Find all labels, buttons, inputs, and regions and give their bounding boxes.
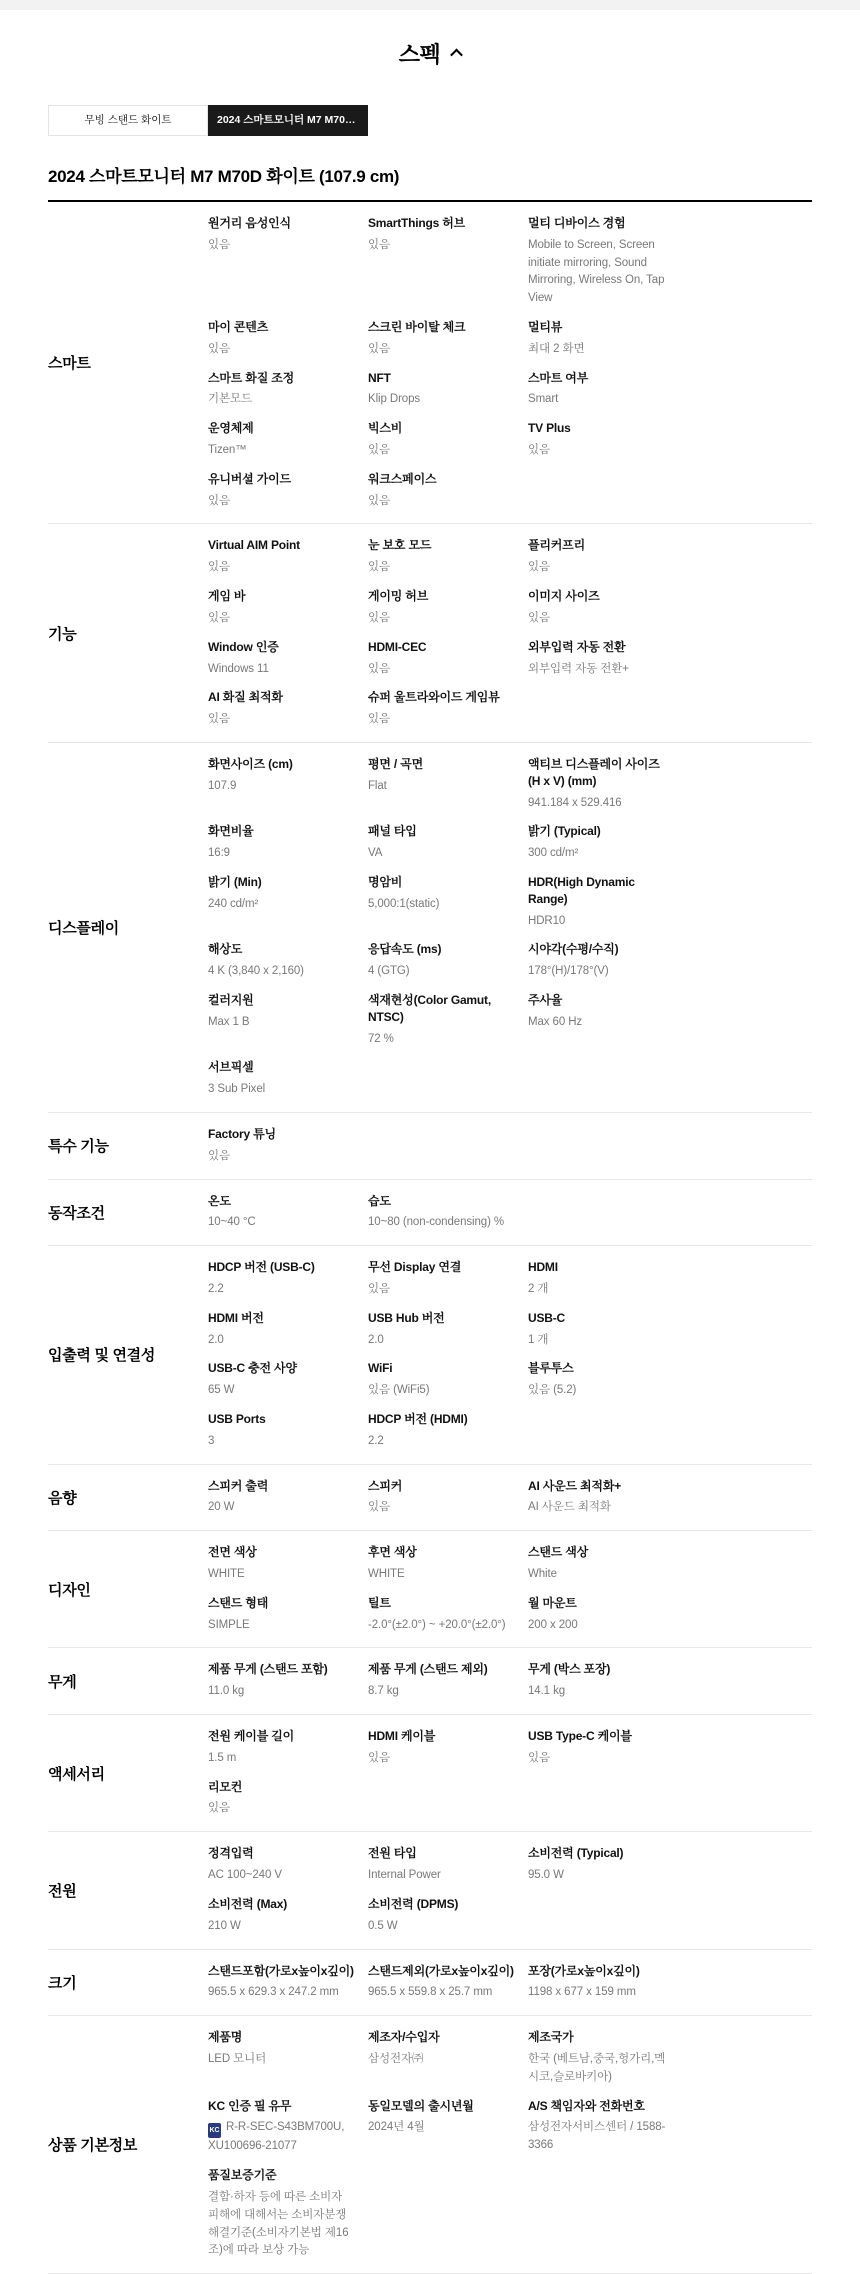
spec-cell-label: HDMI 케이블	[368, 1728, 514, 1745]
spec-cell-value: 10~80 (non-condensing) %	[368, 1214, 514, 1232]
spec-cell: 서브픽셀3 Sub Pixel	[208, 1059, 368, 1099]
spec-row: HDCP 버전 (USB-C)2.2무선 Display 연결있음HDMI2 개	[208, 1259, 812, 1299]
spec-cell: 소비전력 (DPMS)0.5 W	[368, 1896, 528, 1936]
spec-cell-value: 있음	[368, 493, 514, 511]
spec-cell: 눈 보호 모드있음	[368, 537, 528, 577]
spec-row: 제품명LED 모니터제조자/수입자삼성전자㈜제조국가한국 (베트남,중국,헝가리…	[208, 2029, 812, 2086]
spec-section: 상품 기본정보제품명LED 모니터제조자/수입자삼성전자㈜제조국가한국 (베트남…	[48, 2016, 812, 2274]
spec-cell: 전면 색상WHITE	[208, 1544, 368, 1584]
spec-section-title: 음향	[48, 1478, 208, 1518]
spec-cell-value: 있음	[368, 442, 514, 460]
spec-cell: USB Hub 버전2.0	[368, 1310, 528, 1350]
spec-cell-value: 외부입력 자동 전환+	[528, 661, 674, 679]
spec-cell-value: Flat	[368, 778, 514, 796]
spec-cell-value: Internal Power	[368, 1867, 514, 1885]
spec-cell: 월 마운트200 x 200	[528, 1595, 688, 1635]
spec-cell-label: 리모컨	[208, 1779, 354, 1796]
spec-cell: 멀티뷰최대 2 화면	[528, 319, 688, 359]
spec-section-rows: HDCP 버전 (USB-C)2.2무선 Display 연결있음HDMI2 개…	[208, 1259, 812, 1450]
spec-cell-label: AI 화질 최적화	[208, 689, 354, 706]
spec-section-title: 특수 기능	[48, 1126, 208, 1166]
spec-cell-label: 슈퍼 울트라와이드 게임뷰	[368, 689, 514, 706]
spec-cell-value: 5,000:1(static)	[368, 896, 514, 914]
spec-cell-value: 있음	[208, 237, 354, 255]
spec-cell: 습도10~80 (non-condensing) %	[368, 1193, 528, 1233]
spec-cell: USB Ports3	[208, 1411, 368, 1451]
spec-cell-label: 소비전력 (DPMS)	[368, 1896, 514, 1913]
spec-cell: 밝기 (Min)240 cd/m²	[208, 874, 368, 930]
spec-cell: 스탠드 색상White	[528, 1544, 688, 1584]
spec-cell-label: 빅스비	[368, 420, 514, 437]
spec-cell-label: KC 인증 필 유무	[208, 2098, 354, 2115]
spec-cell: HDMI 버전2.0	[208, 1310, 368, 1350]
spec-cell: 전원 타입Internal Power	[368, 1845, 528, 1885]
spec-cell: HDMI-CEC있음	[368, 639, 528, 679]
spec-cell-value: SIMPLE	[208, 1617, 354, 1635]
spec-cell-value: Windows 11	[208, 661, 354, 679]
spec-section-rows: 온도10~40 °C습도10~80 (non-condensing) %	[208, 1193, 812, 1233]
spec-section: 기능Virtual AIM Point있음눈 보호 모드있음플리커프리있음게임 …	[48, 524, 812, 742]
spec-cell-label: HDCP 버전 (HDMI)	[368, 1411, 514, 1428]
spec-cell-label: 제품 무게 (스탠드 포함)	[208, 1661, 354, 1678]
spec-cell-label: 포장(가로x높이x깊이)	[528, 1963, 674, 1980]
spec-row: 스마트 화질 조정기본모드NFTKlip Drops스마트 여부Smart	[208, 370, 812, 410]
spec-section-title: 액세서리	[48, 1728, 208, 1818]
kc-mark-icon: KC	[208, 2123, 221, 2138]
spec-section-title: 크기	[48, 1963, 208, 2003]
spec-cell-label: USB-C 충전 사양	[208, 1360, 354, 1377]
spec-cell-label: 스마트 여부	[528, 370, 674, 387]
spec-cell-value: 있음	[368, 661, 514, 679]
chevron-up-icon[interactable]	[450, 49, 463, 62]
spec-cell: 패널 타입VA	[368, 823, 528, 863]
spec-cell-value: 2.0	[208, 1332, 354, 1350]
spec-cell-label: 스마트 화질 조정	[208, 370, 354, 387]
spec-cell-label: 동일모델의 출시년월	[368, 2098, 514, 2115]
spec-cell-value: 16:9	[208, 845, 354, 863]
spec-cell-label: 외부입력 자동 전환	[528, 639, 674, 656]
spec-table: 스마트원거리 음성인식있음SmartThings 허브있음멀티 디바이스 경험M…	[48, 202, 812, 2274]
spec-cell-value: 결함·하자 등에 따른 소비자 피해에 대해서는 소비자분쟁해결기준(소비자기본…	[208, 2189, 354, 2260]
spec-cell: 온도10~40 °C	[208, 1193, 368, 1233]
spec-cell-label: 화면비율	[208, 823, 354, 840]
spec-cell-label: 운영체제	[208, 420, 354, 437]
spec-cell-value: WHITE	[208, 1566, 354, 1584]
spec-cell: Factory 튜닝있음	[208, 1126, 368, 1166]
spec-section-rows: Factory 튜닝있음	[208, 1126, 812, 1166]
spec-row: 화면비율16:9패널 타입VA밝기 (Typical)300 cd/m²	[208, 823, 812, 863]
spec-cell-label: 온도	[208, 1193, 354, 1210]
spec-cell-value: 10~40 °C	[208, 1214, 354, 1232]
spec-cell-label: 정격입력	[208, 1845, 354, 1862]
spec-row: AI 화질 최적화있음슈퍼 울트라와이드 게임뷰있음	[208, 689, 812, 729]
spec-cell-label: 스피커	[368, 1478, 514, 1495]
spec-cell-label: 스탠드포함(가로x높이x깊이)	[208, 1963, 354, 1980]
spec-row: 밝기 (Min)240 cd/m²명암비5,000:1(static)HDR(H…	[208, 874, 812, 930]
spec-cell: 밝기 (Typical)300 cd/m²	[528, 823, 688, 863]
spec-cell-label: 품질보증기준	[208, 2167, 354, 2184]
spec-cell: KC 인증 필 유무KCR-R-SEC-S43BM700U, XU100696-…	[208, 2098, 368, 2157]
spec-cell-value: 240 cd/m²	[208, 896, 354, 914]
spec-section: 액세서리전원 케이블 길이1.5 mHDMI 케이블있음USB Type-C 케…	[48, 1715, 812, 1832]
spec-cell-label: 이미지 사이즈	[528, 588, 674, 605]
spec-cell-label: HDCP 버전 (USB-C)	[208, 1259, 354, 1276]
spec-section-rows: 스탠드포함(가로x높이x깊이)965.5 x 629.3 x 247.2 mm스…	[208, 1963, 812, 2003]
spec-cell: 스피커 출력20 W	[208, 1478, 368, 1518]
spec-cell-value: 있음	[208, 610, 354, 628]
spec-cell: 멀티 디바이스 경험Mobile to Screen, Screen initi…	[528, 215, 688, 308]
spec-cell-value: 65 W	[208, 1382, 354, 1400]
spec-section-title: 기능	[48, 537, 208, 728]
spec-cell-value: 있음	[368, 341, 514, 359]
spec-cell-value: 8.7 kg	[368, 1683, 514, 1701]
spec-cell: 외부입력 자동 전환외부입력 자동 전환+	[528, 639, 688, 679]
spec-cell-value: 14.1 kg	[528, 1683, 674, 1701]
tab-moving-stand-white[interactable]: 무빙 스탠드 화이트	[48, 105, 208, 136]
spec-cell-label: 제품 무게 (스탠드 제외)	[368, 1661, 514, 1678]
spec-cell-label: 제조국가	[528, 2029, 674, 2046]
spec-cell-label: WiFi	[368, 1360, 514, 1377]
spec-cell-label: 소비전력 (Max)	[208, 1896, 354, 1913]
spec-cell-value: 107.9	[208, 778, 354, 796]
spec-section: 전원정격입력AC 100~240 V전원 타입Internal Power소비전…	[48, 1832, 812, 1949]
spec-cell-label: 틸트	[368, 1595, 514, 1612]
spec-cell-value: 있음	[528, 442, 674, 460]
spec-section-title: 동작조건	[48, 1193, 208, 1233]
spec-cell: A/S 책임자와 전화번호삼성전자서비스센터 / 1588-3366	[528, 2098, 688, 2157]
spec-cell: 전원 케이블 길이1.5 m	[208, 1728, 368, 1768]
spec-cell-value: Smart	[528, 391, 674, 409]
spec-cell: 플리커프리있음	[528, 537, 688, 577]
spec-cell: 품질보증기준결함·하자 등에 따른 소비자 피해에 대해서는 소비자분쟁해결기준…	[208, 2167, 368, 2260]
spec-collapse-header[interactable]: 스펙	[0, 38, 860, 69]
spec-row: 전원 케이블 길이1.5 mHDMI 케이블있음USB Type-C 케이블있음	[208, 1728, 812, 1768]
spec-row: USB Ports3HDCP 버전 (HDMI)2.2	[208, 1411, 812, 1451]
spec-cell-label: USB Ports	[208, 1411, 354, 1428]
spec-row: 유니버셜 가이드있음워크스페이스있음	[208, 471, 812, 511]
spec-cell-label: 습도	[368, 1193, 514, 1210]
spec-cell-label: 평면 / 곡면	[368, 756, 514, 773]
spec-cell: 소비전력 (Typical)95.0 W	[528, 1845, 688, 1885]
tab-2024-smart-monitor-m7-white[interactable]: 2024 스마트모니터 M7 M70D 화이트 (107...	[208, 105, 368, 136]
spec-cell-value: 있음	[208, 559, 354, 577]
spec-cell-value: VA	[368, 845, 514, 863]
spec-section-title: 상품 기본정보	[48, 2029, 208, 2260]
spec-cell-label: Window 인증	[208, 639, 354, 656]
spec-cell-value: 기본모드	[208, 391, 354, 409]
spec-cell-value: 있음 (5.2)	[528, 1382, 674, 1400]
spec-cell-value: 있음	[208, 1800, 354, 1818]
spec-cell-value: 있음 (WiFi5)	[368, 1382, 514, 1400]
spec-cell: 포장(가로x높이x깊이)1198 x 677 x 159 mm	[528, 1963, 688, 2003]
spec-cell: 제품명LED 모니터	[208, 2029, 368, 2086]
spec-cell-label: 화면사이즈 (cm)	[208, 756, 354, 773]
spec-cell: 리모컨있음	[208, 1779, 368, 1819]
spec-cell-label: 월 마운트	[528, 1595, 674, 1612]
spec-cell-value: 삼성전자㈜	[368, 2051, 514, 2069]
page-title: 스펙	[399, 38, 441, 69]
spec-cell-label: HDMI 버전	[208, 1310, 354, 1327]
spec-section-title: 전원	[48, 1845, 208, 1935]
spec-section-title: 무게	[48, 1661, 208, 1701]
spec-cell-value: AI 사운드 최적화	[528, 1499, 674, 1517]
spec-cell-label: 블루투스	[528, 1360, 674, 1377]
spec-cell-value: 20 W	[208, 1499, 354, 1517]
spec-cell: 스마트 화질 조정기본모드	[208, 370, 368, 410]
spec-cell-value: HDR10	[528, 913, 674, 931]
spec-cell-label: 전원 타입	[368, 1845, 514, 1862]
spec-cell-label: 스탠드제외(가로x높이x깊이)	[368, 1963, 514, 1980]
spec-cell: 제조국가한국 (베트남,중국,헝가리,멕시코,슬로바키아)	[528, 2029, 688, 2086]
spec-cell: 제품 무게 (스탠드 포함)11.0 kg	[208, 1661, 368, 1701]
spec-cell: HDCP 버전 (HDMI)2.2	[368, 1411, 528, 1451]
spec-cell: 응답속도 (ms)4 (GTG)	[368, 941, 528, 981]
spec-cell-value: Max 60 Hz	[528, 1014, 674, 1032]
spec-section-rows: 전면 색상WHITE후면 색상WHITE스탠드 색상White스탠드 형태SIM…	[208, 1544, 812, 1634]
spec-cell-value: 178°(H)/178°(V)	[528, 963, 674, 981]
spec-cell: Virtual AIM Point있음	[208, 537, 368, 577]
spec-section-title: 디스플레이	[48, 756, 208, 1099]
spec-cell-value: 2 개	[528, 1281, 674, 1299]
spec-row: 전면 색상WHITE후면 색상WHITE스탠드 색상White	[208, 1544, 812, 1584]
spec-cell-value: 2.2	[208, 1281, 354, 1299]
spec-section: 크기스탠드포함(가로x높이x깊이)965.5 x 629.3 x 247.2 m…	[48, 1950, 812, 2017]
spec-cell-label: 무선 Display 연결	[368, 1259, 514, 1276]
spec-cell-value: 0.5 W	[368, 1918, 514, 1936]
spec-cell: 명암비5,000:1(static)	[368, 874, 528, 930]
spec-cell-label: 패널 타입	[368, 823, 514, 840]
spec-row: HDMI 버전2.0USB Hub 버전2.0USB-C1 개	[208, 1310, 812, 1350]
spec-cell-label: HDR(High Dynamic Range)	[528, 874, 674, 908]
spec-cell: HDCP 버전 (USB-C)2.2	[208, 1259, 368, 1299]
spec-cell-value: Max 1 B	[208, 1014, 354, 1032]
spec-cell: 마이 콘텐츠있음	[208, 319, 368, 359]
spec-cell: 동일모델의 출시년월2024년 4월	[368, 2098, 528, 2157]
spec-cell-value: 11.0 kg	[208, 1683, 354, 1701]
spec-cell: 화면비율16:9	[208, 823, 368, 863]
spec-cell-label: Virtual AIM Point	[208, 537, 354, 554]
spec-section-rows: Virtual AIM Point있음눈 보호 모드있음플리커프리있음게임 바있…	[208, 537, 812, 728]
spec-cell-value: 최대 2 화면	[528, 341, 674, 359]
spec-cell: 평면 / 곡면Flat	[368, 756, 528, 812]
spec-section-rows: 제품명LED 모니터제조자/수입자삼성전자㈜제조국가한국 (베트남,중국,헝가리…	[208, 2029, 812, 2260]
spec-cell: USB Type-C 케이블있음	[528, 1728, 688, 1768]
spec-cell-label: 응답속도 (ms)	[368, 941, 514, 958]
spec-row: 서브픽셀3 Sub Pixel	[208, 1059, 812, 1099]
spec-cell-value: 있음	[368, 237, 514, 255]
spec-section: 특수 기능Factory 튜닝있음	[48, 1113, 812, 1180]
spec-cell-value: 2024년 4월	[368, 2119, 514, 2137]
spec-cell-label: 스피커 출력	[208, 1478, 354, 1495]
spec-section-rows: 전원 케이블 길이1.5 mHDMI 케이블있음USB Type-C 케이블있음…	[208, 1728, 812, 1818]
spec-cell-label: A/S 책임자와 전화번호	[528, 2098, 674, 2115]
spec-cell-label: 제조자/수입자	[368, 2029, 514, 2046]
spec-cell-label: 밝기 (Min)	[208, 874, 354, 891]
spec-cell-value: 965.5 x 559.8 x 25.7 mm	[368, 1984, 514, 2002]
spec-row: KC 인증 필 유무KCR-R-SEC-S43BM700U, XU100696-…	[208, 2098, 812, 2157]
spec-cell-label: 소비전력 (Typical)	[528, 1845, 674, 1862]
spec-cell: USB-C 충전 사양65 W	[208, 1360, 368, 1400]
spec-cell-value: 72 %	[368, 1031, 514, 1049]
spec-section: 디자인전면 색상WHITE후면 색상WHITE스탠드 색상White스탠드 형태…	[48, 1531, 812, 1648]
spec-cell-label: 게이밍 허브	[368, 588, 514, 605]
spec-section-rows: 원거리 음성인식있음SmartThings 허브있음멀티 디바이스 경험Mobi…	[208, 215, 812, 510]
spec-section-rows: 제품 무게 (스탠드 포함)11.0 kg제품 무게 (스탠드 제외)8.7 k…	[208, 1661, 812, 1701]
spec-cell-label: 플리커프리	[528, 537, 674, 554]
spec-row: 온도10~40 °C습도10~80 (non-condensing) %	[208, 1193, 812, 1233]
spec-cell-value: Mobile to Screen, Screen initiate mirror…	[528, 237, 674, 308]
spec-cell: 빅스비있음	[368, 420, 528, 460]
spec-cell-value: -2.0°(±2.0°) ~ +20.0°(±2.0°)	[368, 1617, 514, 1635]
spec-cell-value: 있음	[208, 493, 354, 511]
spec-cell-value: 3 Sub Pixel	[208, 1081, 354, 1099]
spec-cell: Window 인증Windows 11	[208, 639, 368, 679]
spec-row: Factory 튜닝있음	[208, 1126, 812, 1166]
spec-cell-label: 주사율	[528, 992, 674, 1009]
spec-cell-value: 4 (GTG)	[368, 963, 514, 981]
spec-cell-value: 1.5 m	[208, 1750, 354, 1768]
spec-cell-label: 스크린 바이탈 체크	[368, 319, 514, 336]
spec-row: 게임 바있음게이밍 허브있음이미지 사이즈있음	[208, 588, 812, 628]
spec-cell-value: 있음	[368, 559, 514, 577]
spec-cell-value: White	[528, 1566, 674, 1584]
spec-cell: 게이밍 허브있음	[368, 588, 528, 628]
spec-cell-value: Klip Drops	[368, 391, 514, 409]
spec-cell-value: 있음	[368, 711, 514, 729]
spec-cell: 슈퍼 울트라와이드 게임뷰있음	[368, 689, 528, 729]
spec-cell: 제품 무게 (스탠드 제외)8.7 kg	[368, 1661, 528, 1701]
spec-cell-label: 시야각(수평/수직)	[528, 941, 674, 958]
spec-cell: 이미지 사이즈있음	[528, 588, 688, 628]
spec-cell-value: 300 cd/m²	[528, 845, 674, 863]
spec-cell: 원거리 음성인식있음	[208, 215, 368, 308]
spec-cell-label: 멀티뷰	[528, 319, 674, 336]
variant-tabs: 무빙 스탠드 화이트 2024 스마트모니터 M7 M70D 화이트 (107.…	[48, 105, 812, 136]
spec-cell: 유니버셜 가이드있음	[208, 471, 368, 511]
spec-cell-label: 유니버셜 가이드	[208, 471, 354, 488]
spec-row: 리모컨있음	[208, 1779, 812, 1819]
spec-cell-value: 있음	[368, 1281, 514, 1299]
spec-section-title: 스마트	[48, 215, 208, 510]
spec-cell-value: 있음	[368, 610, 514, 628]
spec-cell-value: 2.2	[368, 1433, 514, 1451]
spec-row: 컬러지원Max 1 B색재현성(Color Gamut, NTSC)72 %주사…	[208, 992, 812, 1048]
spec-cell: 게임 바있음	[208, 588, 368, 628]
spec-section-rows: 정격입력AC 100~240 V전원 타입Internal Power소비전력 …	[208, 1845, 812, 1935]
spec-row: Window 인증Windows 11HDMI-CEC있음외부입력 자동 전환외…	[208, 639, 812, 679]
spec-cell-label: 무게 (박스 포장)	[528, 1661, 674, 1678]
spec-cell-value: 있음	[368, 1499, 514, 1517]
spec-cell-value: Tizen™	[208, 442, 354, 460]
spec-cell: 액티브 디스플레이 사이즈 (H x V) (mm)941.184 x 529.…	[528, 756, 688, 812]
spec-cell: HDMI 케이블있음	[368, 1728, 528, 1768]
spec-cell: 스탠드 형태SIMPLE	[208, 1595, 368, 1635]
spec-cell-label: HDMI	[528, 1259, 674, 1276]
spec-cell-value: 한국 (베트남,중국,헝가리,멕시코,슬로바키아)	[528, 2051, 674, 2087]
spec-cell-value: 4 K (3,840 x 2,160)	[208, 963, 354, 981]
spec-cell: HDMI2 개	[528, 1259, 688, 1299]
spec-cell-label: 밝기 (Typical)	[528, 823, 674, 840]
spec-section-title: 디자인	[48, 1544, 208, 1634]
spec-row: 해상도4 K (3,840 x 2,160)응답속도 (ms)4 (GTG)시야…	[208, 941, 812, 981]
spec-cell-value: 3	[208, 1433, 354, 1451]
spec-cell-label: 마이 콘텐츠	[208, 319, 354, 336]
spec-cell: SmartThings 허브있음	[368, 215, 528, 308]
spec-cell-value: 95.0 W	[528, 1867, 674, 1885]
spec-cell-value: 있음	[368, 1750, 514, 1768]
spec-cell-value: 있음	[208, 341, 354, 359]
spec-cell-label: 해상도	[208, 941, 354, 958]
spec-cell: NFTKlip Drops	[368, 370, 528, 410]
spec-cell: 스피커있음	[368, 1478, 528, 1518]
spec-cell: 스탠드제외(가로x높이x깊이)965.5 x 559.8 x 25.7 mm	[368, 1963, 528, 2003]
spec-row: USB-C 충전 사양65 WWiFi있음 (WiFi5)블루투스있음 (5.2…	[208, 1360, 812, 1400]
spec-cell-label: 게임 바	[208, 588, 354, 605]
spec-cell-label: 액티브 디스플레이 사이즈 (H x V) (mm)	[528, 756, 674, 790]
spec-cell: WiFi있음 (WiFi5)	[368, 1360, 528, 1400]
spec-cell: 무선 Display 연결있음	[368, 1259, 528, 1299]
spec-cell-value-text: R-R-SEC-S43BM700U, XU100696-21077	[208, 2121, 344, 2152]
spec-cell-value: 965.5 x 629.3 x 247.2 mm	[208, 1984, 354, 2002]
spec-row: 운영체제Tizen™빅스비있음TV Plus있음	[208, 420, 812, 460]
spec-row: 제품 무게 (스탠드 포함)11.0 kg제품 무게 (스탠드 제외)8.7 k…	[208, 1661, 812, 1701]
spec-cell-label: 원거리 음성인식	[208, 215, 354, 232]
spec-cell: 정격입력AC 100~240 V	[208, 1845, 368, 1885]
spec-cell-label: 후면 색상	[368, 1544, 514, 1561]
spec-cell-label: 서브픽셀	[208, 1059, 354, 1076]
spec-cell-value: 있음	[208, 711, 354, 729]
spec-cell-value: 200 x 200	[528, 1617, 674, 1635]
spec-cell: 스마트 여부Smart	[528, 370, 688, 410]
spec-cell: 컬러지원Max 1 B	[208, 992, 368, 1048]
spec-cell-label: USB-C	[528, 1310, 674, 1327]
spec-cell: 무게 (박스 포장)14.1 kg	[528, 1661, 688, 1701]
spec-cell: TV Plus있음	[528, 420, 688, 460]
spec-cell-value: AC 100~240 V	[208, 1867, 354, 1885]
spec-cell-value: 있음	[528, 559, 674, 577]
spec-cell: 스크린 바이탈 체크있음	[368, 319, 528, 359]
spec-cell-value: 1 개	[528, 1332, 674, 1350]
spec-cell: 틸트-2.0°(±2.0°) ~ +20.0°(±2.0°)	[368, 1595, 528, 1635]
spec-section: 디스플레이화면사이즈 (cm)107.9평면 / 곡면Flat액티브 디스플레이…	[48, 743, 812, 1113]
spec-cell-label: 제품명	[208, 2029, 354, 2046]
spec-cell-value: 2.0	[368, 1332, 514, 1350]
spec-cell: 색재현성(Color Gamut, NTSC)72 %	[368, 992, 528, 1048]
spec-cell-value: 210 W	[208, 1918, 354, 1936]
spec-cell: AI 사운드 최적화+AI 사운드 최적화	[528, 1478, 688, 1518]
spec-cell-label: 전원 케이블 길이	[208, 1728, 354, 1745]
spec-cell-value: 941.184 x 529.416	[528, 795, 674, 813]
spec-cell-label: 눈 보호 모드	[368, 537, 514, 554]
spec-row: 마이 콘텐츠있음스크린 바이탈 체크있음멀티뷰최대 2 화면	[208, 319, 812, 359]
spec-cell: 후면 색상WHITE	[368, 1544, 528, 1584]
spec-cell-value: LED 모니터	[208, 2051, 354, 2069]
spec-cell: 해상도4 K (3,840 x 2,160)	[208, 941, 368, 981]
spec-cell-label: TV Plus	[528, 420, 674, 437]
spec-section: 스마트원거리 음성인식있음SmartThings 허브있음멀티 디바이스 경험M…	[48, 202, 812, 524]
spec-cell-value: 있음	[528, 1750, 674, 1768]
spec-cell: 워크스페이스있음	[368, 471, 528, 511]
spec-row: Virtual AIM Point있음눈 보호 모드있음플리커프리있음	[208, 537, 812, 577]
spec-section-title: 입출력 및 연결성	[48, 1259, 208, 1450]
spec-cell: 블루투스있음 (5.2)	[528, 1360, 688, 1400]
spec-cell-label: USB Hub 버전	[368, 1310, 514, 1327]
spec-row: 화면사이즈 (cm)107.9평면 / 곡면Flat액티브 디스플레이 사이즈 …	[208, 756, 812, 812]
spec-row: 스탠드포함(가로x높이x깊이)965.5 x 629.3 x 247.2 mm스…	[208, 1963, 812, 2003]
spec-cell-value: WHITE	[368, 1566, 514, 1584]
spec-cell-label: USB Type-C 케이블	[528, 1728, 674, 1745]
spec-cell: 운영체제Tizen™	[208, 420, 368, 460]
